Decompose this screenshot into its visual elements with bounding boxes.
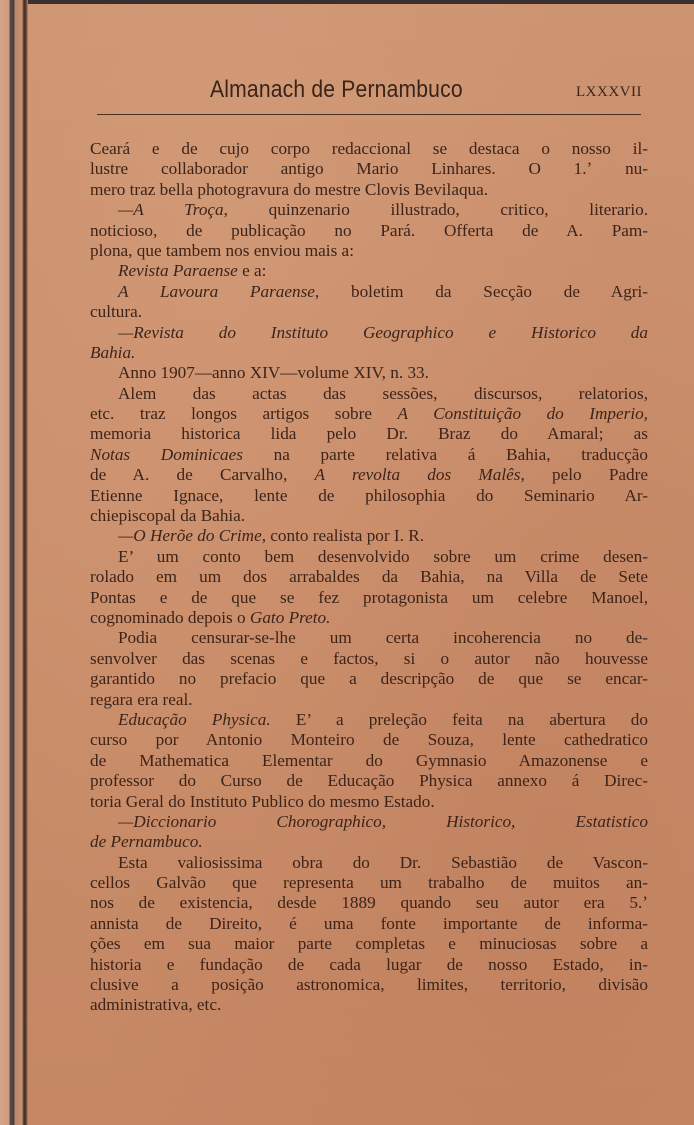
text-line: Bahia.: [90, 343, 648, 363]
text-line: toria Geral do Instituto Publico do mesm…: [90, 792, 648, 812]
italic-title: Gato Preto.: [250, 608, 331, 627]
text-line: rolado em um dos arrabaldes da Bahia, na…: [90, 567, 648, 587]
text-line: cognominado depois o Gato Preto.: [90, 608, 648, 628]
text-run: cellos Galvão que representa um trabalho…: [90, 873, 648, 892]
book-spine-edge: [0, 0, 28, 1125]
italic-title: —A Troça: [118, 200, 224, 219]
text-line: professor do Curso de Educação Physica a…: [90, 771, 648, 791]
text-line: —Diccionario Chorographico, Historico, E…: [90, 812, 648, 832]
text-run: mero traz bella photogravura do mestre C…: [90, 180, 488, 199]
text-run: rolado em um dos arrabaldes da Bahia, na…: [90, 567, 648, 586]
text-line: lustre collaborador antigo Mario Linhare…: [90, 159, 648, 179]
text-line: memoria historica lida pelo Dr. Braz do …: [90, 424, 648, 444]
italic-title: Bahia.: [90, 343, 135, 362]
text-line: clusive a posição astronomica, limites, …: [90, 975, 648, 995]
text-line: —O Herõe do Crime, conto realista por I.…: [90, 526, 648, 546]
text-run: historia e fundação de cada lugar de nos…: [90, 955, 648, 974]
text-line: —Revista do Instituto Geographico e Hist…: [90, 323, 648, 343]
text-run: Etienne Ignace, lente de philosophia do …: [90, 486, 648, 505]
text-run: professor do Curso de Educação Physica a…: [90, 771, 648, 790]
text-line: Pontas e de que se fez protagonista um c…: [90, 588, 648, 608]
text-line: Ceará e de cujo corpo redaccional se des…: [90, 139, 648, 159]
text-line: noticioso, de publicação no Pará. Offert…: [90, 221, 648, 241]
italic-title: A revolta dos Malês: [315, 465, 521, 484]
text-run: garantido no prefacio que a descripção d…: [90, 669, 648, 688]
italic-title: —Diccionario Chorographico, Historico, E…: [118, 812, 648, 831]
text-run: cognominado depois o: [90, 608, 250, 627]
body-text: Ceará e de cujo corpo redaccional se des…: [90, 139, 648, 1016]
text-run: E’ a preleção feita na abertura do: [271, 710, 648, 729]
page-number: LXXXVII: [576, 84, 642, 101]
text-run: clusive a posição astronomica, limites, …: [90, 975, 648, 994]
text-run: e a:: [238, 261, 267, 280]
text-run: , pelo Padre: [520, 465, 648, 484]
text-line: de A. de Carvalho, A revolta dos Malês, …: [90, 465, 648, 485]
text-line: mero traz bella photogravura do mestre C…: [90, 180, 648, 200]
italic-title: Educação Physica.: [118, 710, 271, 729]
text-run: lustre collaborador antigo Mario Linhare…: [90, 159, 648, 178]
text-line: Revista Paraense e a:: [90, 261, 648, 281]
text-run: E’ um conto bem desenvolvido sobre um cr…: [118, 547, 648, 566]
text-line: —A Troça, quinzenario illustrado, critic…: [90, 200, 648, 220]
italic-title: Revista Paraense: [118, 261, 238, 280]
text-run: , conto realista por I. R.: [262, 526, 424, 545]
text-run: memoria historica lida pelo Dr. Braz do …: [90, 424, 648, 443]
italic-title: A Lavoura Paraense: [118, 282, 315, 301]
text-run: ções em sua maior parte completas e minu…: [90, 934, 648, 953]
italic-title: de Pernambuco.: [90, 832, 203, 851]
header-title: Almanach de Pernambuco: [210, 76, 463, 104]
text-line: cultura.: [90, 302, 648, 322]
italic-title: —O Herõe do Crime: [118, 526, 262, 545]
text-line: Alem das actas das sessões, discursos, r…: [90, 384, 648, 404]
text-line: historia e fundação de cada lugar de nos…: [90, 955, 648, 975]
text-line: plona, que tambem nos enviou mais a:: [90, 241, 648, 261]
text-run: annista de Direito, é uma fonte importan…: [90, 914, 648, 933]
text-run: senvolver das scenas e factos, si o auto…: [90, 649, 648, 668]
text-run: Pontas e de que se fez protagonista um c…: [90, 588, 648, 607]
text-line: Podia censurar-se-lhe um certa incoheren…: [90, 628, 648, 648]
italic-title: —Revista do Instituto Geographico e Hist…: [118, 323, 648, 342]
text-run: chiepiscopal da Bahia.: [90, 506, 245, 525]
text-line: de Pernambuco.: [90, 832, 648, 852]
text-run: de A. de Carvalho,: [90, 465, 315, 484]
text-line: etc. traz longos artigos sobre A Constit…: [90, 404, 648, 424]
text-run: Esta valiosissima obra do Dr. Sebastião …: [118, 853, 648, 872]
text-run: de Mathematica Elementar do Gymnasio Ama…: [90, 751, 648, 770]
text-line: Etienne Ignace, lente de philosophia do …: [90, 486, 648, 506]
text-run: toria Geral do Instituto Publico do mesm…: [90, 792, 435, 811]
text-run: regara era real.: [90, 690, 193, 709]
text-run: , boletim da Secção de Agri-: [315, 282, 648, 301]
text-run: plona, que tambem nos enviou mais a:: [90, 241, 354, 260]
header-rule: [97, 114, 641, 115]
text-line: Anno 1907—anno XIV—volume XIV, n. 33.: [90, 363, 648, 383]
text-line: cellos Galvão que representa um trabalho…: [90, 873, 648, 893]
text-line: chiepiscopal da Bahia.: [90, 506, 648, 526]
text-line: annista de Direito, é uma fonte importan…: [90, 914, 648, 934]
text-line: garantido no prefacio que a descripção d…: [90, 669, 648, 689]
text-line: Notas Dominicaes na parte relativa á Bah…: [90, 445, 648, 465]
italic-title: A Constituição do Imperio,: [398, 404, 648, 423]
running-header: Almanach de Pernambuco LXXXVII: [100, 76, 650, 116]
text-run: nos de existencia, desde 1889 quando seu…: [90, 893, 648, 912]
text-line: ções em sua maior parte completas e minu…: [90, 934, 648, 954]
text-line: E’ um conto bem desenvolvido sobre um cr…: [90, 547, 648, 567]
text-line: Educação Physica. E’ a preleção feita na…: [90, 710, 648, 730]
text-run: noticioso, de publicação no Pará. Offert…: [90, 221, 648, 240]
text-line: curso por Antonio Monteiro de Souza, len…: [90, 730, 648, 750]
text-line: nos de existencia, desde 1889 quando seu…: [90, 893, 648, 913]
text-line: regara era real.: [90, 690, 648, 710]
text-run: Anno 1907—anno XIV—volume XIV, n. 33.: [118, 363, 429, 382]
text-line: Esta valiosissima obra do Dr. Sebastião …: [90, 853, 648, 873]
text-run: etc. traz longos artigos sobre: [90, 404, 398, 423]
text-run: Podia censurar-se-lhe um certa incoheren…: [118, 628, 648, 647]
text-run: , quinzenario illustrado, critico, liter…: [224, 200, 648, 219]
text-run: Ceará e de cujo corpo redaccional se des…: [90, 139, 648, 158]
text-run: Alem das actas das sessões, discursos, r…: [118, 384, 648, 403]
text-run: cultura.: [90, 302, 142, 321]
text-line: de Mathematica Elementar do Gymnasio Ama…: [90, 751, 648, 771]
italic-title: Notas Dominicaes: [90, 445, 243, 464]
text-run: na parte relativa á Bahia, traducção: [243, 445, 648, 464]
text-run: administrativa, etc.: [90, 995, 221, 1014]
text-line: senvolver das scenas e factos, si o auto…: [90, 649, 648, 669]
page-top-edge: [0, 0, 694, 4]
text-run: curso por Antonio Monteiro de Souza, len…: [90, 730, 648, 749]
text-line: administrativa, etc.: [90, 995, 648, 1015]
text-line: A Lavoura Paraense, boletim da Secção de…: [90, 282, 648, 302]
